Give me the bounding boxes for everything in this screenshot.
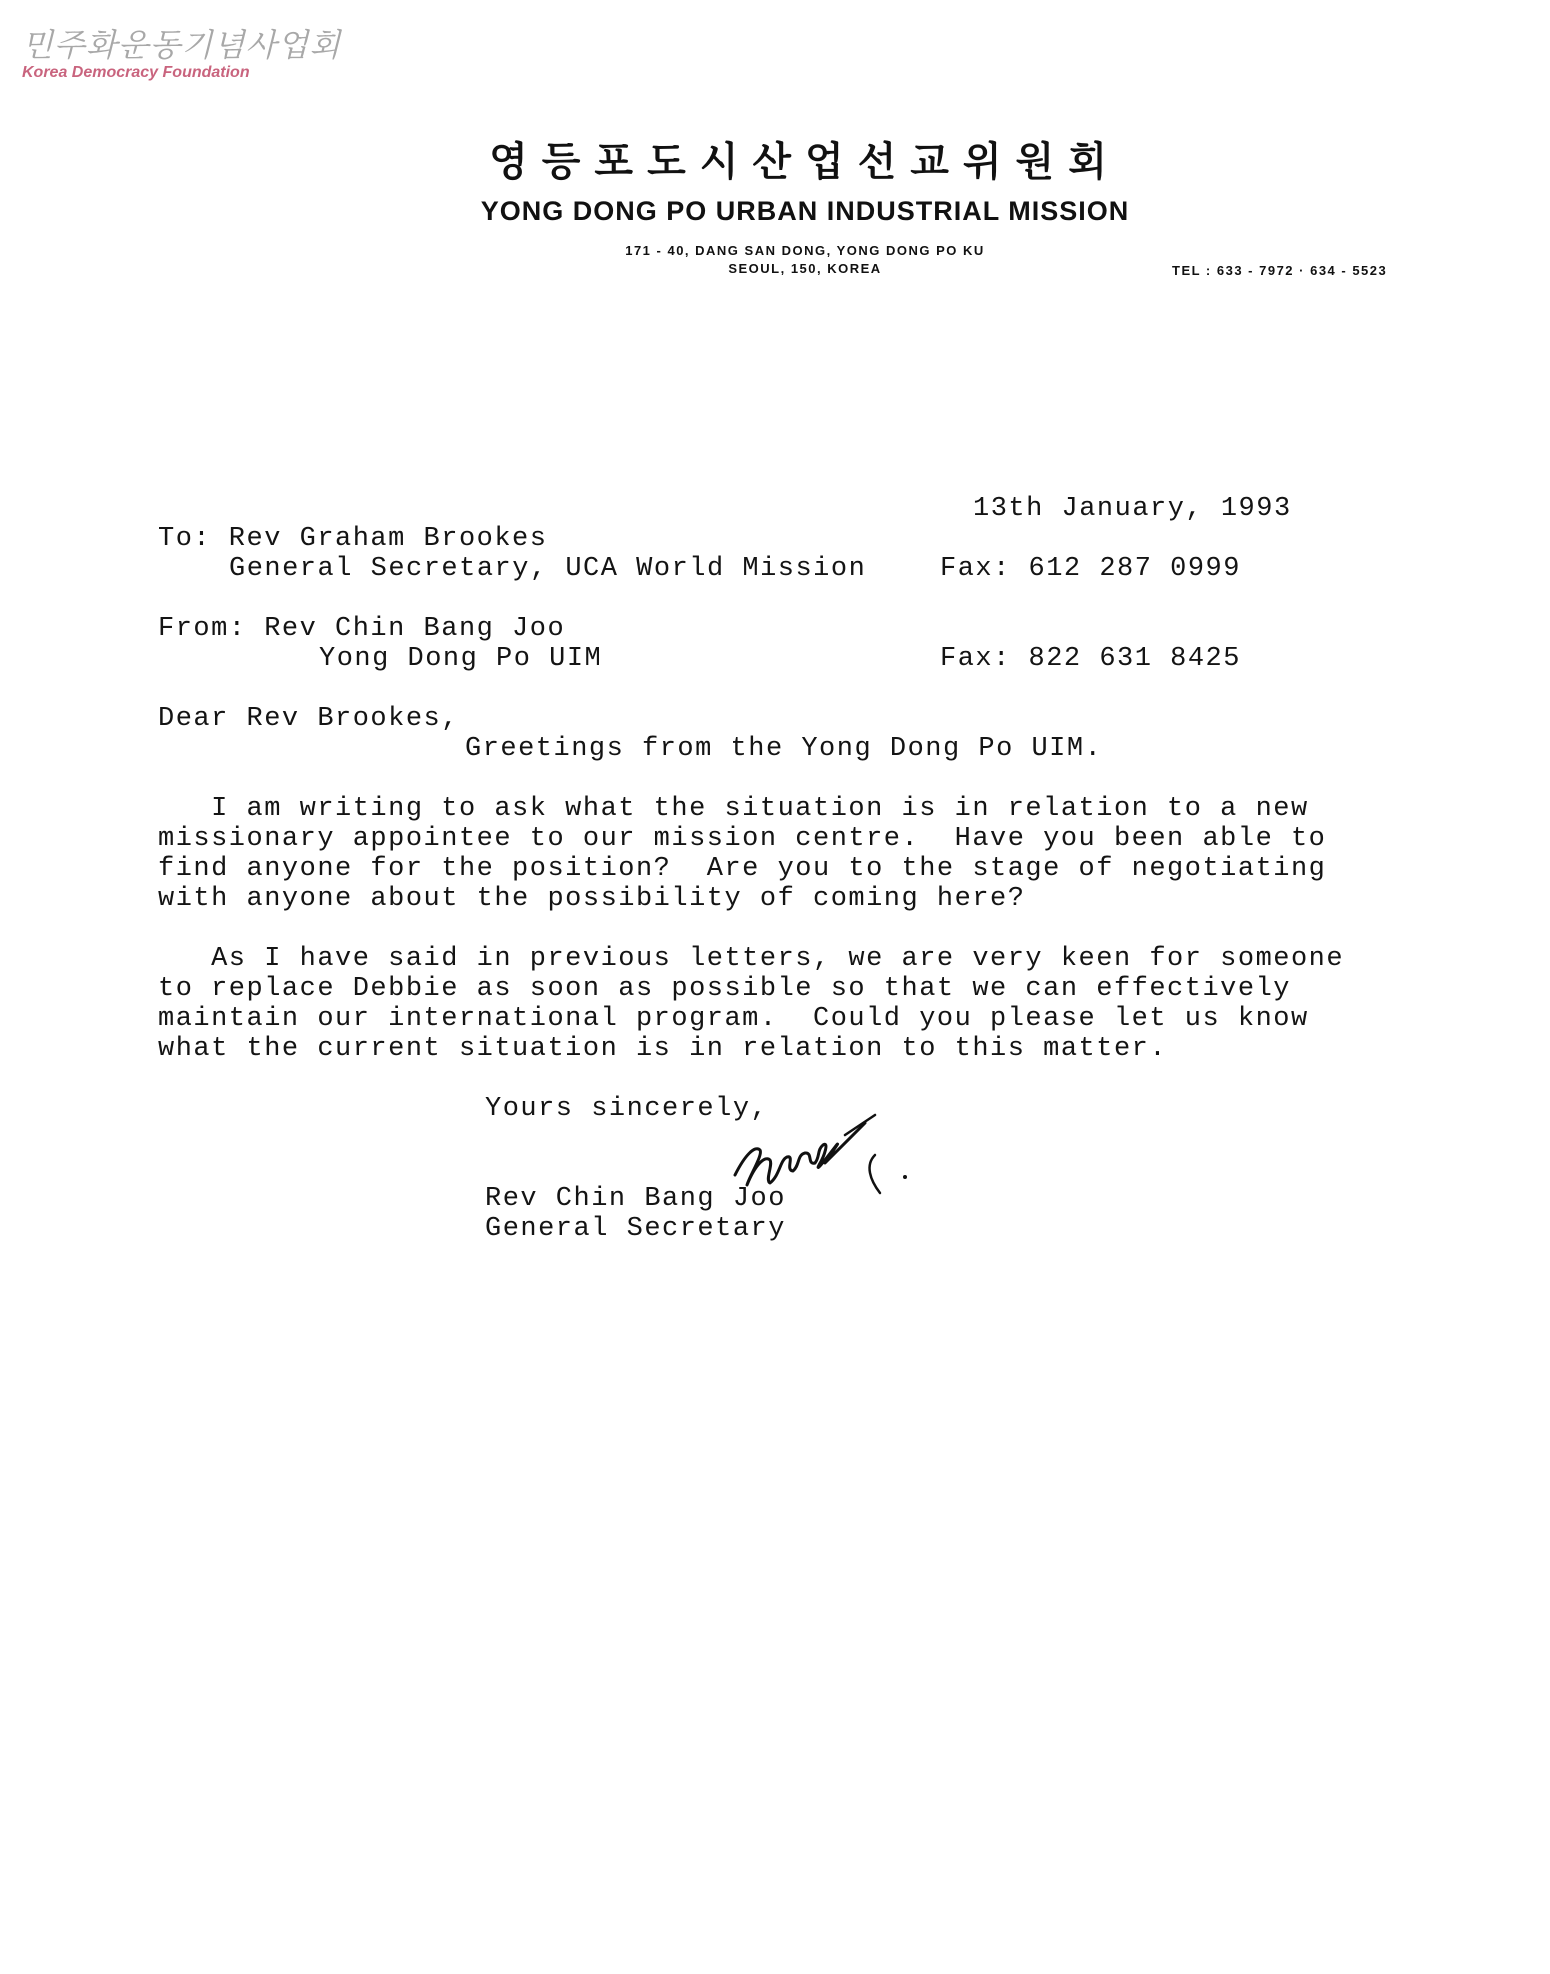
- letter-date: 13th January, 1993: [973, 494, 1292, 524]
- paragraph-line: to replace Debbie as soon as possible so…: [158, 974, 1344, 1004]
- sender-fax: Fax: 822 631 8425: [940, 644, 1241, 674]
- recipient-name: To: Rev Graham Brookes: [158, 524, 547, 554]
- paragraph-line: missionary appointee to our mission cent…: [158, 824, 1326, 854]
- body-paragraph-2: As I have said in previous letters, we a…: [158, 944, 1344, 1064]
- signatory-name: Rev Chin Bang Joo: [485, 1184, 786, 1214]
- sender-organization: Yong Dong Po UIM: [319, 644, 602, 674]
- letterhead-telephone: TEL : 633 - 7972 · 634 - 5523: [1172, 263, 1387, 278]
- body-paragraph-1: I am writing to ask what the situation i…: [158, 794, 1326, 914]
- recipient-title: General Secretary, UCA World Mission: [229, 554, 866, 584]
- paragraph-line: find anyone for the position? Are you to…: [158, 854, 1326, 884]
- salutation: Dear Rev Brookes,: [158, 704, 459, 734]
- letterhead-address-line1: 171 - 40, DANG SAN DONG, YONG DONG PO KU: [0, 243, 1550, 258]
- paragraph-line: As I have said in previous letters, we a…: [158, 944, 1344, 974]
- letterhead-korean-name: 영등포도시산업선교위원회: [0, 130, 1550, 187]
- letterhead-english-name: YONG DONG PO URBAN INDUSTRIAL MISSION: [0, 196, 1550, 227]
- recipient-fax: Fax: 612 287 0999: [940, 554, 1241, 584]
- watermark-korean: 민주화운동기념사업회: [22, 20, 341, 66]
- signatory-title: General Secretary: [485, 1214, 786, 1244]
- paragraph-line: what the current situation is in relatio…: [158, 1034, 1344, 1064]
- sender-name: From: Rev Chin Bang Joo: [158, 614, 565, 644]
- paragraph-line: with anyone about the possibility of com…: [158, 884, 1326, 914]
- greeting-line: Greetings from the Yong Dong Po UIM.: [465, 734, 1102, 764]
- paragraph-line: I am writing to ask what the situation i…: [158, 794, 1326, 824]
- watermark-english: Korea Democracy Foundation: [22, 64, 250, 82]
- paragraph-line: maintain our international program. Coul…: [158, 1004, 1344, 1034]
